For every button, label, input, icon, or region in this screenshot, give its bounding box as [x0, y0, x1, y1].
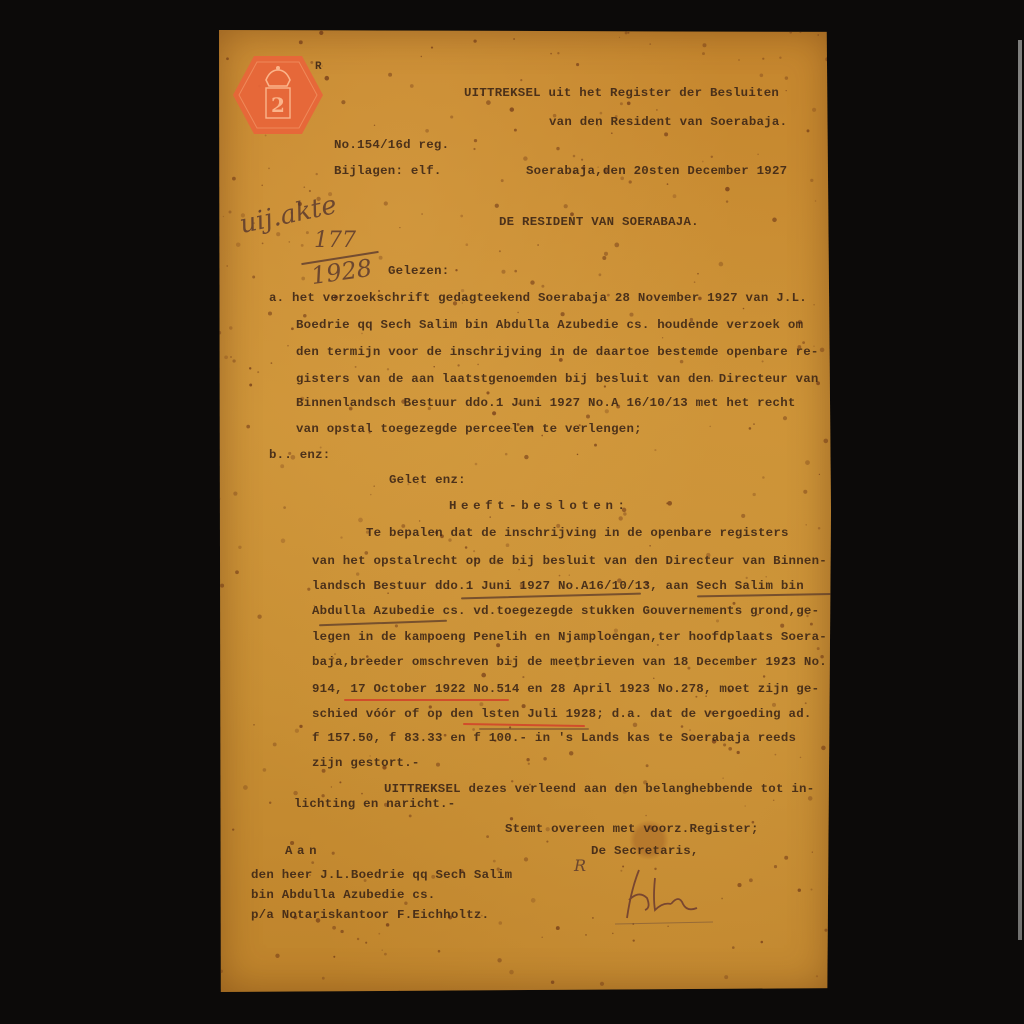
extract-note-line2: lichting en naricht.- [294, 797, 455, 811]
revenue-stamp-seal: 2 [232, 54, 324, 136]
place-date: Soerabaja,den 20sten December 1927 [526, 164, 787, 178]
item-a-line: den termijn voor de inschrijving in de d… [296, 345, 819, 359]
decision-line: Abdulla Azubedie cs. vd.toegezegde stukk… [312, 604, 819, 618]
header-line-1: UITTREKSEL uit het Register der Besluite… [464, 86, 779, 100]
item-a-line: gisters van de aan laatstgenoemden bij b… [296, 372, 819, 386]
corner-mark: R [315, 61, 322, 73]
addressee-line: bin Abdulla Azubedie cs. [251, 888, 435, 902]
item-a-line: Binnenlandsch Bestuur ddo.1 Juni 1927 No… [296, 396, 796, 410]
pencil-underline-name [697, 593, 857, 598]
certification: Stemt overeen met voorz.Register; [505, 822, 759, 836]
decision-line: van het opstalrecht op de bij besluit va… [312, 554, 827, 568]
pencil-underline-name2 [319, 620, 447, 626]
handwritten-note-line2: 177 [314, 228, 356, 253]
red-underline-date [344, 699, 509, 701]
reference-number: No.154/16d reg. [334, 138, 449, 152]
read-label: Gelezen: [388, 264, 450, 278]
attachments: Bijlagen: elf. [334, 164, 442, 178]
header-line-2: van den Resident van Soerabaja. [549, 115, 787, 129]
authority-heading: DE RESIDENT VAN SOERABAJA. [499, 215, 699, 229]
secretary-title: De Secretaris, [591, 844, 699, 858]
addressee-line: p/a Notariskantoor F.Eichholtz. [251, 908, 489, 922]
signature-initial: R [574, 856, 586, 875]
decision-line: landsch Bestuur ddo.1 Juni 1927 No.A16/1… [312, 579, 804, 593]
pencil-underline-date [461, 593, 641, 600]
extract-note-line1: UITTREKSEL dezes verleend aan den belang… [384, 782, 814, 796]
document-page: 2 R UITTREKSEL uit het Register der Besl… [219, 30, 831, 992]
pencil-underline-deadline [479, 728, 589, 730]
addressee-label: Aan [285, 844, 321, 858]
decision-line: 914, 17 October 1922 No.514 en 28 April … [312, 682, 819, 696]
addressee-line: den heer J.L.Boedrie qq Sech Salim [251, 868, 512, 882]
secretary-signature [609, 860, 719, 930]
item-a-line: van opstal toegezegde perceelen te verle… [296, 422, 642, 436]
svg-text:2: 2 [271, 93, 285, 117]
decision-line: baja,breeder omschreven bij de meetbriev… [312, 655, 827, 669]
item-a-line: a. het verzoekschrift gedagteekend Soera… [269, 291, 807, 305]
red-underline-deadline [463, 723, 585, 727]
noted-label: Gelet enz: [389, 473, 466, 487]
decided-heading: Heeft-besloten: [449, 499, 630, 513]
item-a-line: Boedrie qq Sech Salim bin Abdulla Azubed… [296, 318, 803, 332]
decision-line: legen in de kampoeng Penelih en Njamploe… [312, 630, 827, 644]
item-b: b.. enz: [269, 448, 331, 462]
decision-line: f 157.50, f 83.33 en f 100.- in 's Lands… [312, 731, 796, 745]
decision-line: Te bepalen dat de inschrijving in de ope… [366, 526, 789, 540]
decision-line: schied vóór of op den lsten Juli 1928; d… [312, 707, 812, 721]
scanner-edge-strip [1018, 40, 1022, 940]
decision-line: zijn gestort.- [312, 756, 420, 770]
